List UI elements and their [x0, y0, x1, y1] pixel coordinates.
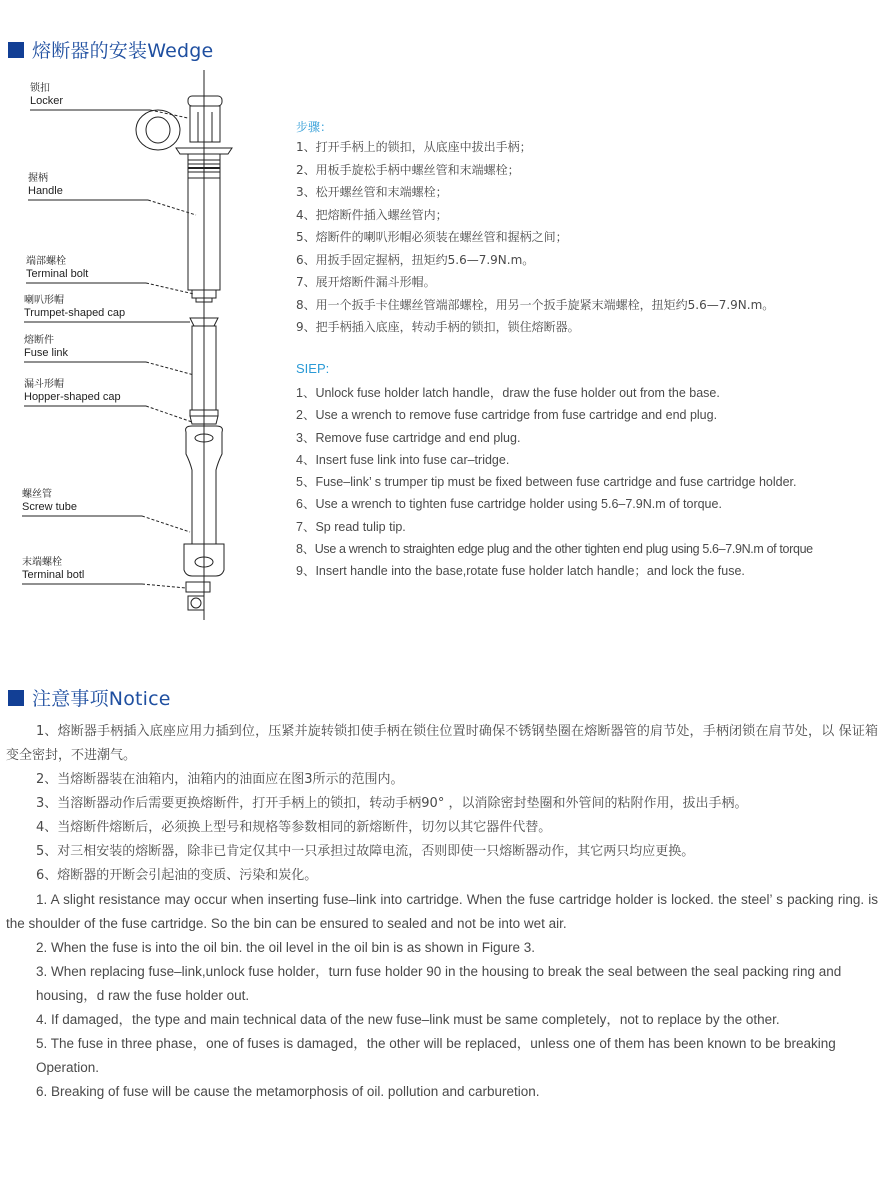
steps-chinese: 步骤： 1、打开手柄上的锁扣，从底座中拔出手柄； 2、用板手旋松手柄中螺丝管和末…	[296, 118, 774, 339]
diagram-label-trumpet-cap: 喇叭形帽 Trumpet-shaped cap	[24, 294, 125, 320]
diagram-label-handle: 握柄 Handle	[28, 172, 63, 198]
step-en-item: 9、Insert handle into the base,rotate fus…	[296, 560, 813, 582]
label-zh: 锁扣	[30, 82, 63, 95]
title-square-icon	[8, 690, 24, 706]
notice-zh-item: 4、当熔断件熔断后，必须换上型号和规格等参数相同的新熔断件，切勿以其它器件代替。	[6, 816, 878, 840]
label-en: Hopper-shaped cap	[24, 391, 121, 403]
label-en: Handle	[28, 185, 63, 197]
label-en: Locker	[30, 95, 63, 107]
title-square-icon	[8, 42, 24, 58]
step-en-item: 5、Fuse–link’ s trumper tip must be fixed…	[296, 471, 813, 493]
notice-zh-item: 2、当熔断器装在油箱内，油箱内的油面应在图3所示的范围内。	[6, 768, 878, 792]
step-zh-item: 3、松开螺丝管和末端螺栓；	[296, 181, 774, 204]
label-zh: 熔断件	[24, 334, 68, 347]
notice-en-item-cont: housing，d raw the fuse holder out.	[6, 984, 878, 1008]
notice-en-item: 6. Breaking of fuse will be cause the me…	[6, 1080, 878, 1104]
notice-zh-item: 1、熔断器手柄插入底座应用力插到位，压紧并旋转锁扣使手柄在锁住位置时确保不锈钢垫…	[6, 720, 878, 768]
steps-en-heading: SIEP:	[296, 360, 813, 378]
step-zh-item: 5、熔断件的喇叭形帽必须装在螺丝管和握柄之间；	[296, 226, 774, 249]
diagram-label-fuse-link: 熔断件 Fuse link	[24, 334, 68, 360]
diagram-label-terminal-bolt: 端部螺栓 Terminal bolt	[26, 255, 88, 281]
section-title-notice: 注意事项Notice	[8, 684, 171, 711]
notice-en-item: 2. When the fuse is into the oil bin. th…	[6, 936, 878, 960]
label-zh: 漏斗形帽	[24, 378, 121, 391]
fuse-assembly-diagram: 锁扣 Locker 握柄 Handle 端部螺栓 Terminal bolt 喇…	[0, 70, 260, 630]
notice-en-item: 1. A slight resistance may occur when in…	[6, 888, 878, 936]
notice-en-item: 4. If damaged，the type and main technica…	[6, 1008, 878, 1032]
step-zh-item: 6、用扳手固定握柄，扭矩约5.6—7.9N.m。	[296, 249, 774, 272]
label-zh: 端部螺栓	[26, 255, 88, 268]
section-title-text: 注意事项Notice	[32, 684, 171, 711]
label-en: Trumpet-shaped cap	[24, 307, 125, 319]
label-en: Terminal bolt	[26, 268, 88, 280]
label-zh: 握柄	[28, 172, 63, 185]
label-en: Fuse link	[24, 347, 68, 359]
notice-en-item: 5. The fuse in three phase，one of fuses …	[6, 1032, 878, 1056]
section-title-text: 熔断器的安装Wedge	[32, 36, 213, 63]
diagram-label-hopper-cap: 漏斗形帽 Hopper-shaped cap	[24, 378, 121, 404]
label-en: Screw tube	[22, 501, 77, 513]
notice-zh-item: 3、当溶断器动作后需要更换熔断件，打开手柄上的锁扣，转动手柄90° ，以消除密封…	[6, 792, 878, 816]
notice-body: 1、熔断器手柄插入底座应用力插到位，压紧并旋转锁扣使手柄在锁住位置时确保不锈钢垫…	[6, 720, 878, 1104]
step-en-item: 4、Insert fuse link into fuse car–tridge.	[296, 449, 813, 471]
label-en: Terminal botl	[22, 569, 84, 581]
notice-en-item-cont: Operation.	[6, 1056, 878, 1080]
diagram-label-screw-tube: 螺丝管 Screw tube	[22, 488, 77, 514]
label-zh: 喇叭形帽	[24, 294, 125, 307]
label-zh: 末端螺栓	[22, 556, 84, 569]
step-zh-item: 9、把手柄插入底座，转动手柄的锁扣，锁住熔断器。	[296, 316, 774, 339]
step-zh-item: 2、用板手旋松手柄中螺丝管和末端螺栓；	[296, 159, 774, 182]
step-zh-item: 1、打开手柄上的锁扣，从底座中拔出手柄；	[296, 136, 774, 159]
diagram-label-terminal-botl: 末端螺栓 Terminal botl	[22, 556, 84, 582]
step-en-item: 2、Use a wrench to remove fuse cartridge …	[296, 404, 813, 426]
notice-zh-item: 6、熔断器的开断会引起油的变质、污染和炭化。	[6, 864, 878, 888]
diagram-label-locker: 锁扣 Locker	[30, 82, 63, 108]
label-zh: 螺丝管	[22, 488, 77, 501]
step-zh-item: 8、用一个扳手卡住螺丝管端部螺栓，用另一个扳手旋紧末端螺栓，扭矩约5.6—7.9…	[296, 294, 774, 317]
step-en-item: 3、Remove fuse cartridge and end plug.	[296, 427, 813, 449]
step-en-item: 7、Sp read tulip tip.	[296, 516, 813, 538]
step-zh-item: 4、把熔断件插入螺丝管内；	[296, 204, 774, 227]
notice-en-item: 3. When replacing fuse–link,unlock fuse …	[6, 960, 878, 984]
step-zh-item: 7、展开熔断件漏斗形帽。	[296, 271, 774, 294]
section-title-wedge: 熔断器的安装Wedge	[8, 36, 213, 63]
steps-english: SIEP: 1、Unlock fuse holder latch handle，…	[296, 360, 813, 583]
step-en-item: 1、Unlock fuse holder latch handle，draw t…	[296, 382, 813, 404]
notice-zh-item: 5、对三相安装的熔断器，除非已肯定仅其中一只承担过故障电流，否则即使一只熔断器动…	[6, 840, 878, 864]
step-en-item: 8、Use a wrench to straighten edge plug a…	[296, 538, 813, 560]
step-en-item: 6、Use a wrench to tighten fuse cartridge…	[296, 493, 813, 515]
steps-zh-heading: 步骤：	[296, 118, 774, 136]
